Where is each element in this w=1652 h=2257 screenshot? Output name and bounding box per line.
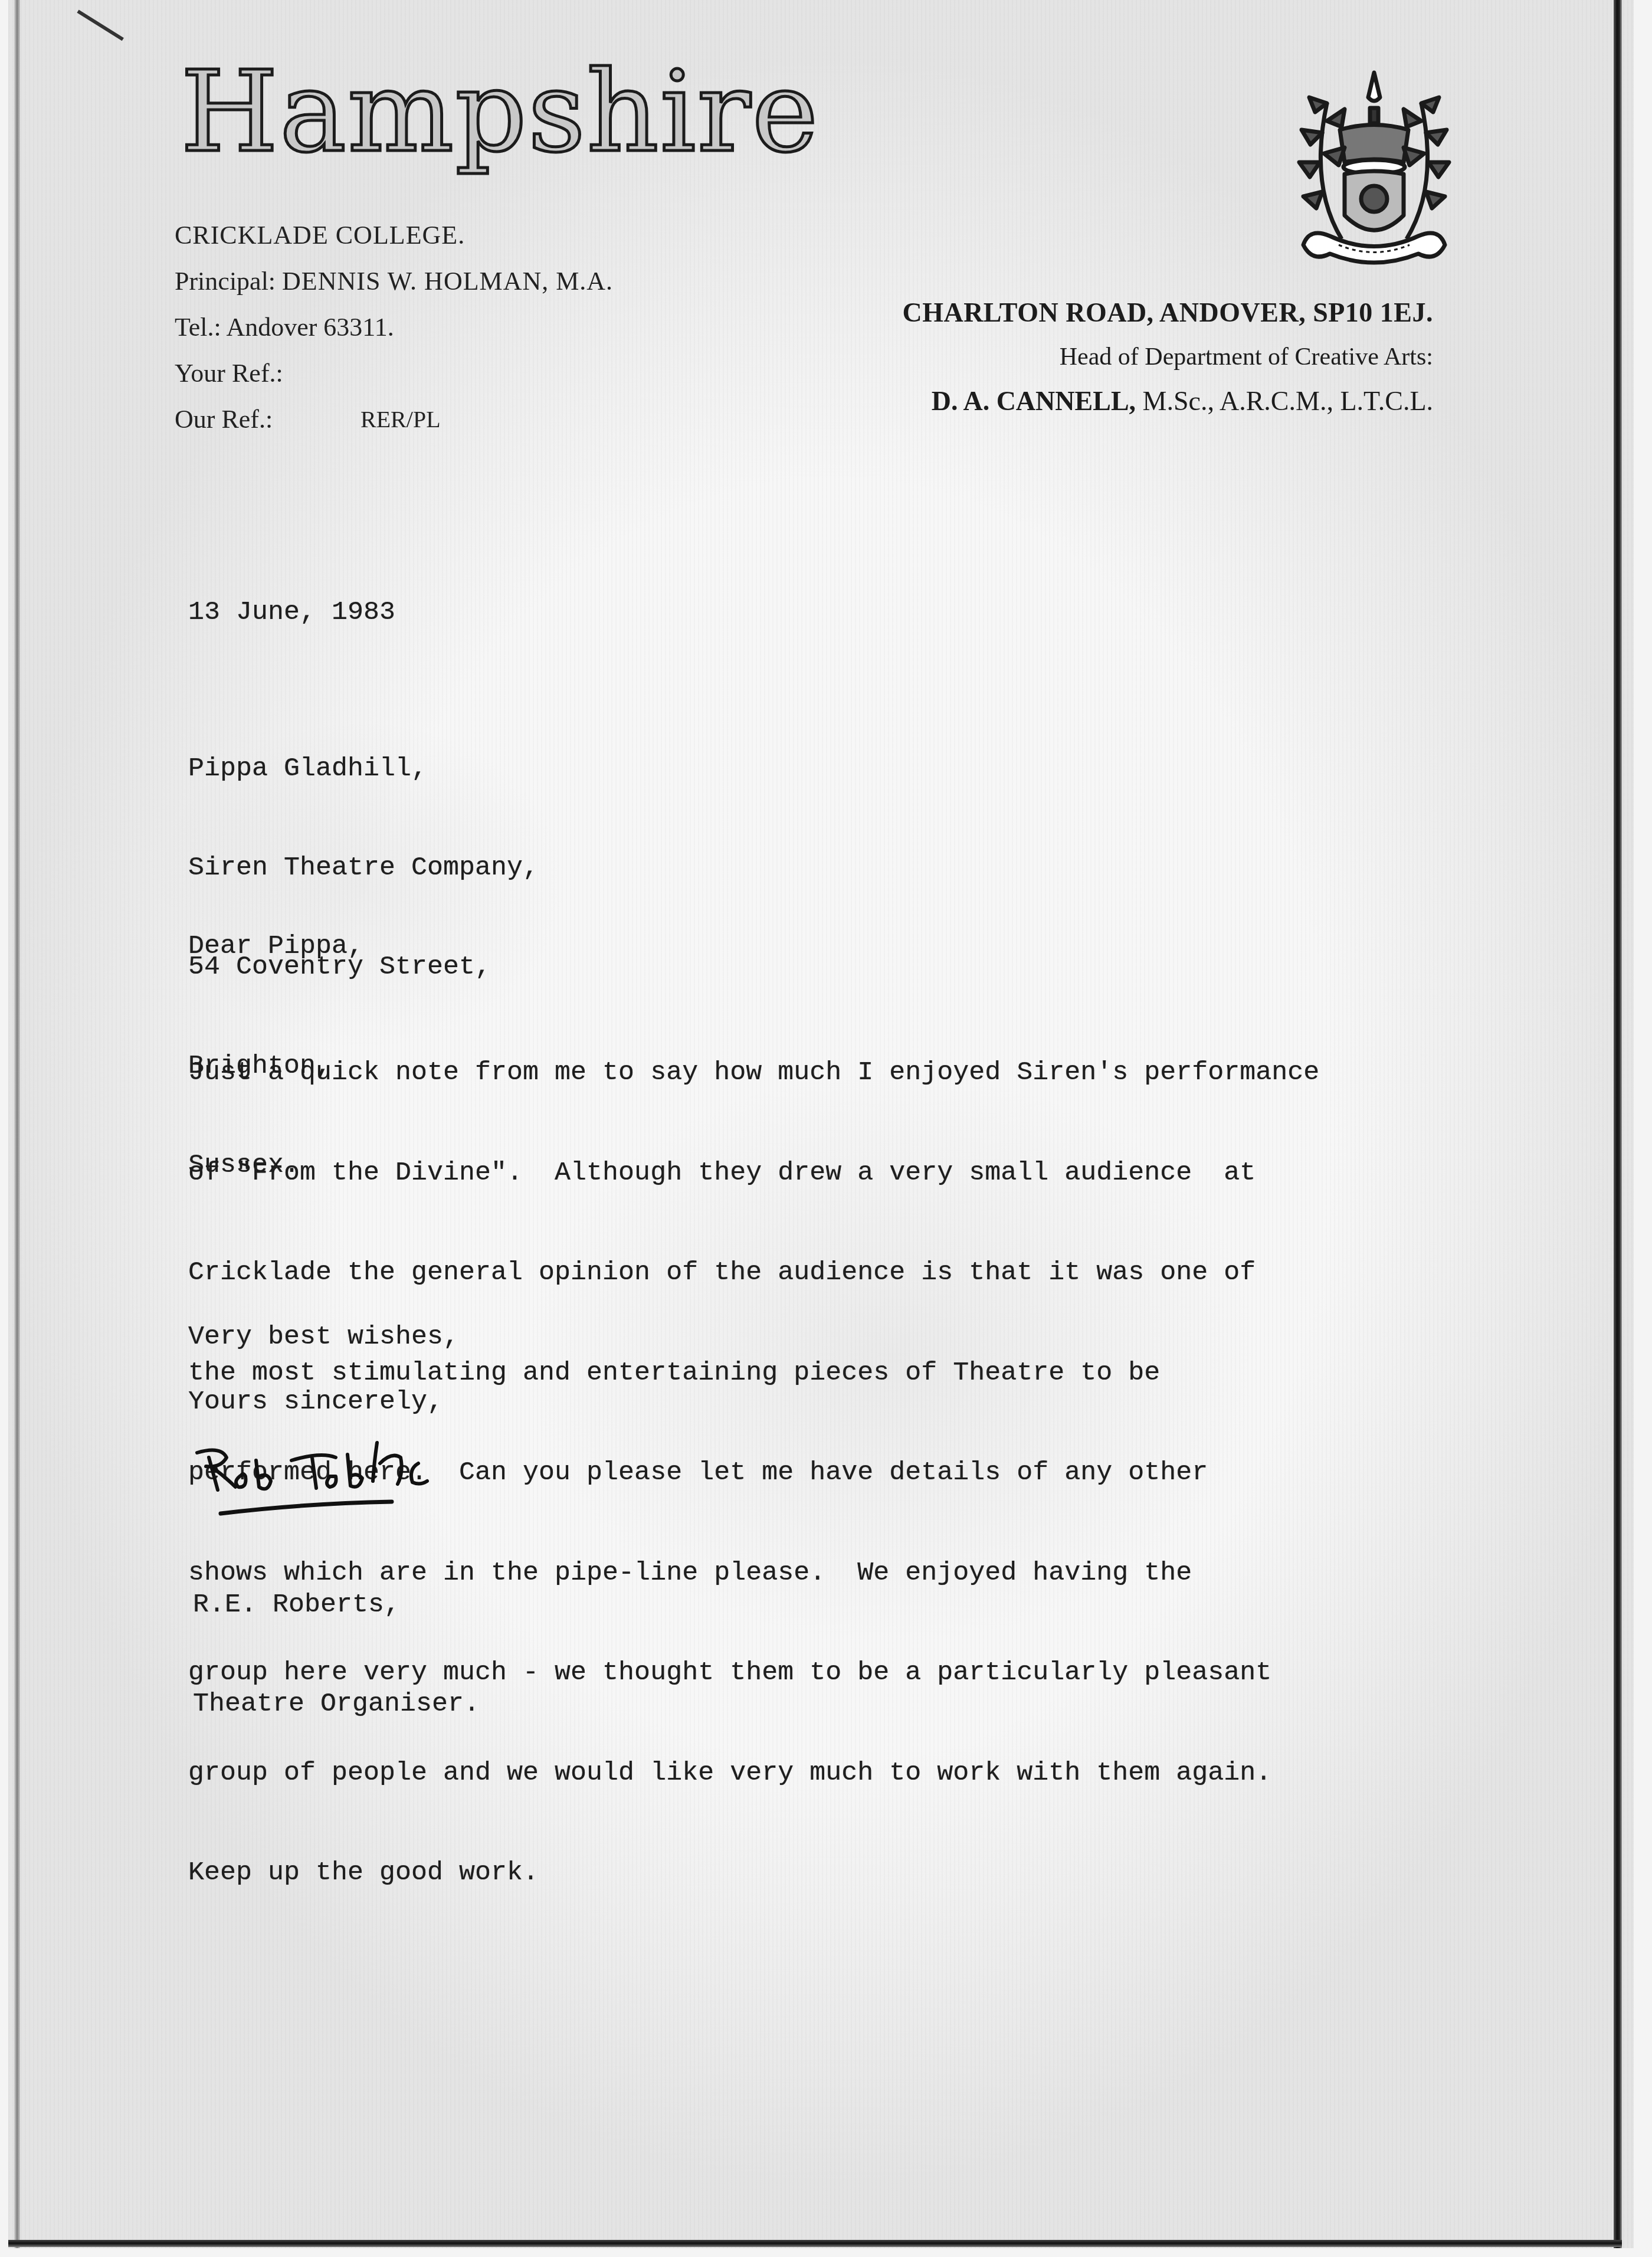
head-of-department-name: D. A. CANNELL, <box>932 386 1136 416</box>
closing-line: Very best wishes, <box>188 1322 459 1352</box>
body-line: Keep up the good work. <box>188 1856 1319 1890</box>
tel-line: Tel.: Andover 63311. <box>175 304 613 350</box>
page-left-edge <box>14 0 20 2248</box>
tel-value: Andover 63311. <box>226 313 394 342</box>
letterhead-right-block: CHARLTON ROAD, ANDOVER, SP10 1EJ. Head o… <box>902 289 1433 425</box>
recipient-line: Pippa Gladhill, <box>188 752 539 785</box>
letter-page: Hampshire CRICKLADE COLLEGE. Principal: … <box>8 0 1634 2248</box>
principal-name: DENNIS W. HOLMAN, M.A. <box>282 267 613 296</box>
pencil-mark <box>77 9 124 41</box>
handwritten-signature: Rob Roberts <box>185 1440 468 1516</box>
our-ref-line: Our Ref.: RER/PL <box>175 397 613 443</box>
body-line: Just a quick note from me to say how muc… <box>188 1056 1319 1090</box>
our-ref-label: Our Ref.: <box>175 405 273 434</box>
signatory-title: Theatre Organiser. <box>193 1688 480 1721</box>
college-address: CHARLTON ROAD, ANDOVER, SP10 1EJ. <box>902 289 1433 336</box>
principal-label: Principal: <box>175 267 276 296</box>
recipient-line: Siren Theatre Company, <box>188 851 539 885</box>
letterhead-brand: Hampshire <box>181 56 820 168</box>
body-line: Cricklade the general opinion of the aud… <box>188 1256 1319 1290</box>
signatory-block: R.E. Roberts, Theatre Organiser. <box>193 1522 480 1787</box>
salutation: Dear Pippa, <box>188 931 363 961</box>
page-right-edge <box>1614 0 1622 2248</box>
page-bottom-edge <box>8 2240 1622 2247</box>
head-of-department-line: D. A. CANNELL, M.Sc., A.R.C.M., L.T.C.L. <box>902 378 1433 425</box>
your-ref-line: Your Ref.: <box>175 350 613 397</box>
tel-label: Tel.: <box>175 313 221 342</box>
our-ref-value: RER/PL <box>360 397 441 443</box>
signatory-name: R.E. Roberts, <box>193 1588 480 1621</box>
letterhead-left-block: CRICKLADE COLLEGE. Principal: DENNIS W. … <box>175 212 613 443</box>
head-of-department-title: Head of Department of Creative Arts: <box>902 336 1433 378</box>
body-line: of "From the Divine". Although they drew… <box>188 1157 1319 1190</box>
head-of-department-qualifications: M.Sc., A.R.C.M., L.T.C.L. <box>1143 386 1433 416</box>
signoff-line: Yours sincerely, <box>188 1387 443 1417</box>
body-line: the most stimulating and entertaining pi… <box>188 1357 1319 1390</box>
college-name: CRICKLADE COLLEGE. <box>175 212 613 258</box>
your-ref-label: Your Ref.: <box>175 359 283 388</box>
county-crest-icon <box>1286 68 1463 274</box>
letter-date: 13 June, 1983 <box>188 597 395 627</box>
principal-line: Principal: DENNIS W. HOLMAN, M.A. <box>175 258 613 304</box>
